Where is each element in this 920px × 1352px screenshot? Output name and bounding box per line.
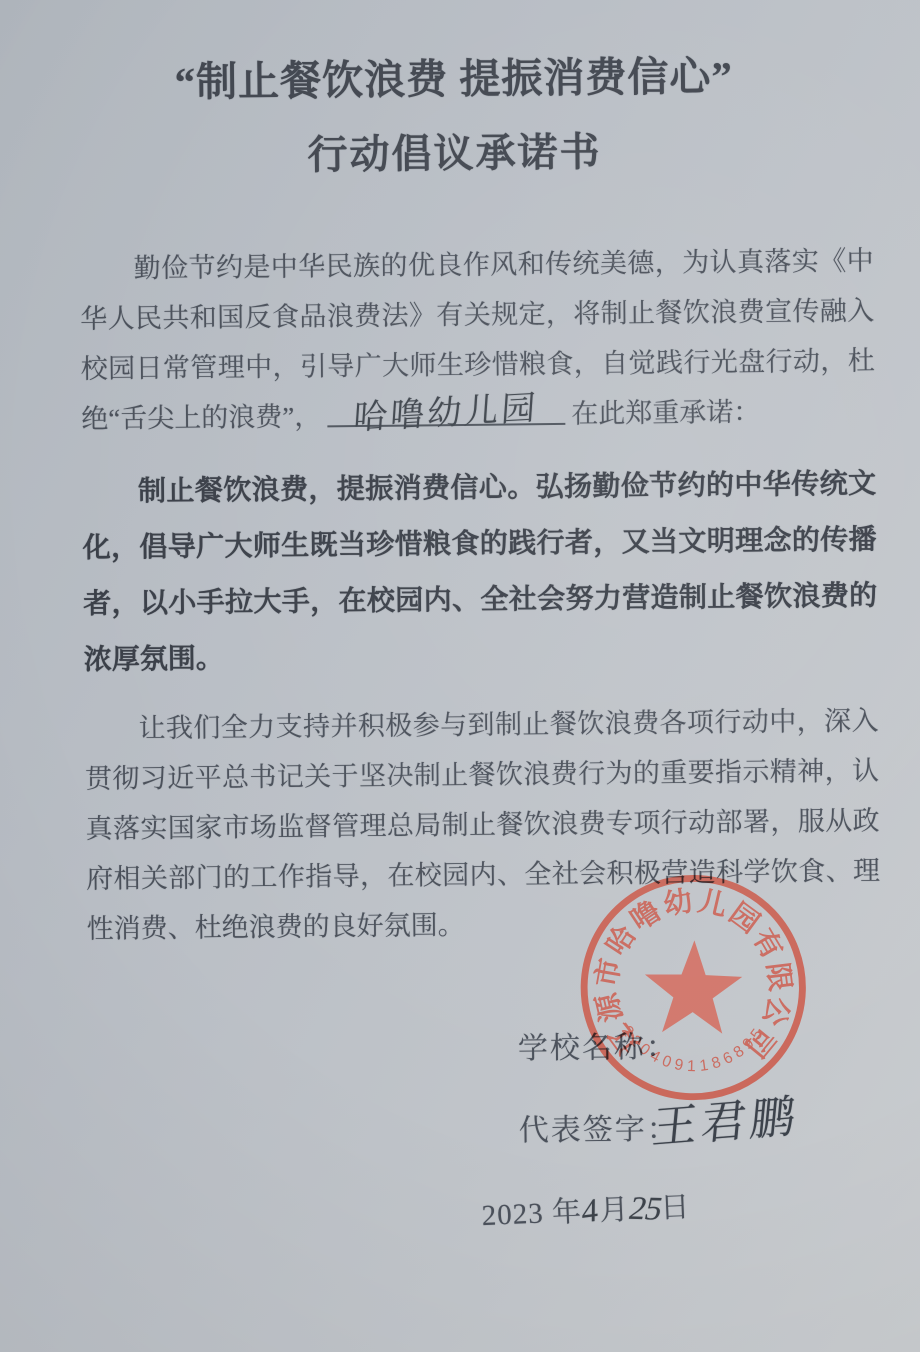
company-seal-stamp: 辽源市哈噜幼儿园有限公司2204091186895 (572, 867, 814, 1109)
school-name-blank-line: 哈噜幼儿园 (327, 389, 565, 427)
date-year-unit: 年 (551, 1196, 582, 1229)
seal-star-icon (644, 939, 744, 1034)
handwritten-month: 4 (582, 1192, 600, 1232)
svg-text:1: 1 (687, 1058, 696, 1075)
date-line: 2023 年4月25日 (481, 1184, 691, 1234)
svg-text:市: 市 (591, 956, 627, 990)
handwritten-day: 25 (625, 1191, 665, 1229)
paragraph-intro: 勤俭节约是中华民族的优良作风和传统美德，为认真落实《中华人民共和国反食品浪费法》… (79, 236, 875, 444)
photographed-document: “制止餐饮浪费 提振消费信心” 行动倡议承诺书 勤俭节约是中华民族的优良作风和传… (0, 0, 920, 1352)
svg-text:9: 9 (673, 1056, 685, 1074)
paragraph-pledge-bold: 制止餐饮浪费，提振消费信心。弘扬勤俭节约的中华传统文化，倡导广大师生既当珍惜粮食… (82, 456, 878, 688)
svg-text:限: 限 (761, 961, 796, 994)
svg-text:0: 0 (660, 1053, 674, 1072)
document-title-line1: “制止餐饮浪费 提振消费信心” (0, 41, 914, 110)
svg-text:1: 1 (698, 1057, 709, 1075)
paragraph-intro-tail: 在此郑重承诺： (571, 397, 760, 429)
date-year: 2023 (481, 1197, 544, 1232)
svg-text:儿: 儿 (695, 885, 730, 923)
svg-text:幼: 幼 (661, 885, 695, 922)
handwritten-school-name: 哈噜幼儿园 (353, 392, 540, 436)
document-content: “制止餐饮浪费 提振消费信心” 行动倡议承诺书 勤俭节约是中华民族的优良作风和传… (0, 0, 920, 1352)
svg-text:源: 源 (591, 989, 629, 1025)
date-day-unit: 日 (660, 1191, 691, 1224)
document-title-line2: 行动倡议承诺书 (0, 117, 915, 184)
company-seal-graphic: 辽源市哈噜幼儿园有限公司2204091186895 (572, 867, 814, 1109)
